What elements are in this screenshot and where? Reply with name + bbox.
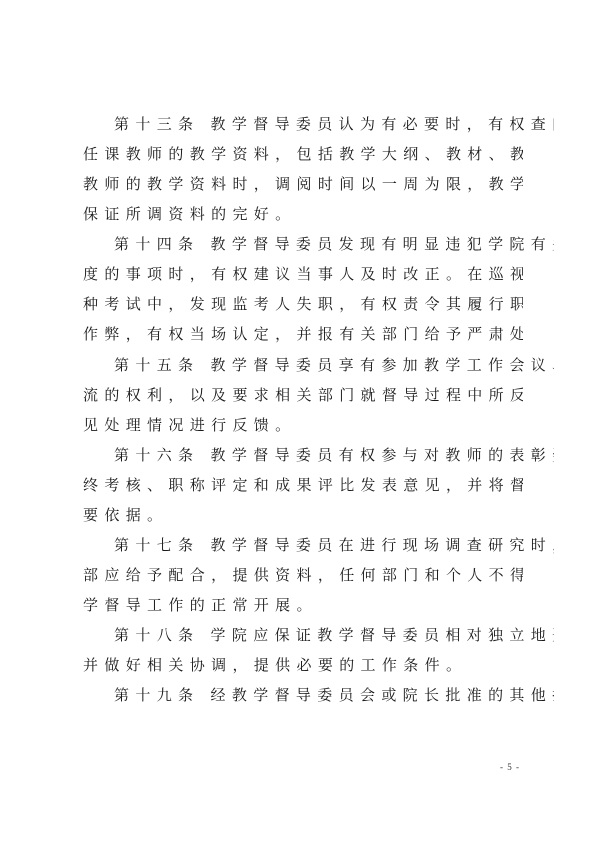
- text-line: 第十五条 教学督导委员享有参加教学工作会议、学习交: [114, 354, 554, 376]
- text-line: 部应给予配合，提供资料，任何部门和个人不得拒绝、干扰教: [83, 564, 523, 586]
- text-line: 终考核、职称评定和成果评比发表意见，并将督导结果作为重: [83, 474, 523, 496]
- text-line: 要依据。: [83, 504, 523, 526]
- text-line: 种考试中，发现监考人失职，有权责令其履行职责，发现考生: [83, 293, 523, 315]
- text-line: 第十六条 教学督导委员有权参与对教师的表彰奖励、年: [114, 444, 554, 466]
- text-line: 第十九条 经教学督导委员会或院长批准的其他授权。: [114, 684, 554, 706]
- text-line: 并做好相关协调，提供必要的工作条件。: [83, 654, 523, 676]
- text-line: 第十三条 教学督导委员认为有必要时，有权查阅在我院: [114, 113, 554, 135]
- text-line: 流的权利，以及要求相关部门就督导过程中所反映的问题和意: [83, 384, 523, 406]
- text-line: 第十四条 教学督导委员发现有明显违犯学院有关规章制: [114, 233, 554, 255]
- text-line: 第十八条 学院应保证教学督导委员相对独立地开展工作，: [114, 624, 554, 646]
- text-line: 教师的教学资料时，调阅时间以一周为限，教学督导委员负责: [83, 173, 523, 195]
- page-number: - 5 -: [500, 760, 520, 774]
- text-line: 任课教师的教学资料，包括教学大纲、教材、教案等。在调阅: [83, 143, 523, 165]
- text-line: 保证所调资料的完好。: [83, 203, 523, 225]
- text-line: 见处理情况进行反馈。: [83, 414, 523, 436]
- text-line: 第十七条 教学督导委员在进行现场调查研究时，相关系: [114, 534, 554, 556]
- text-line: 学督导工作的正常开展。: [83, 594, 523, 616]
- document-page: 第十三条 教学督导委员认为有必要时，有权查阅在我院 任课教师的教学资料，包括教学…: [0, 0, 600, 849]
- text-line: 作弊，有权当场认定，并报有关部门给予严肃处理。: [83, 323, 523, 345]
- text-line: 度的事项时，有权建议当事人及时改正。在巡视学院组织的各: [83, 263, 523, 285]
